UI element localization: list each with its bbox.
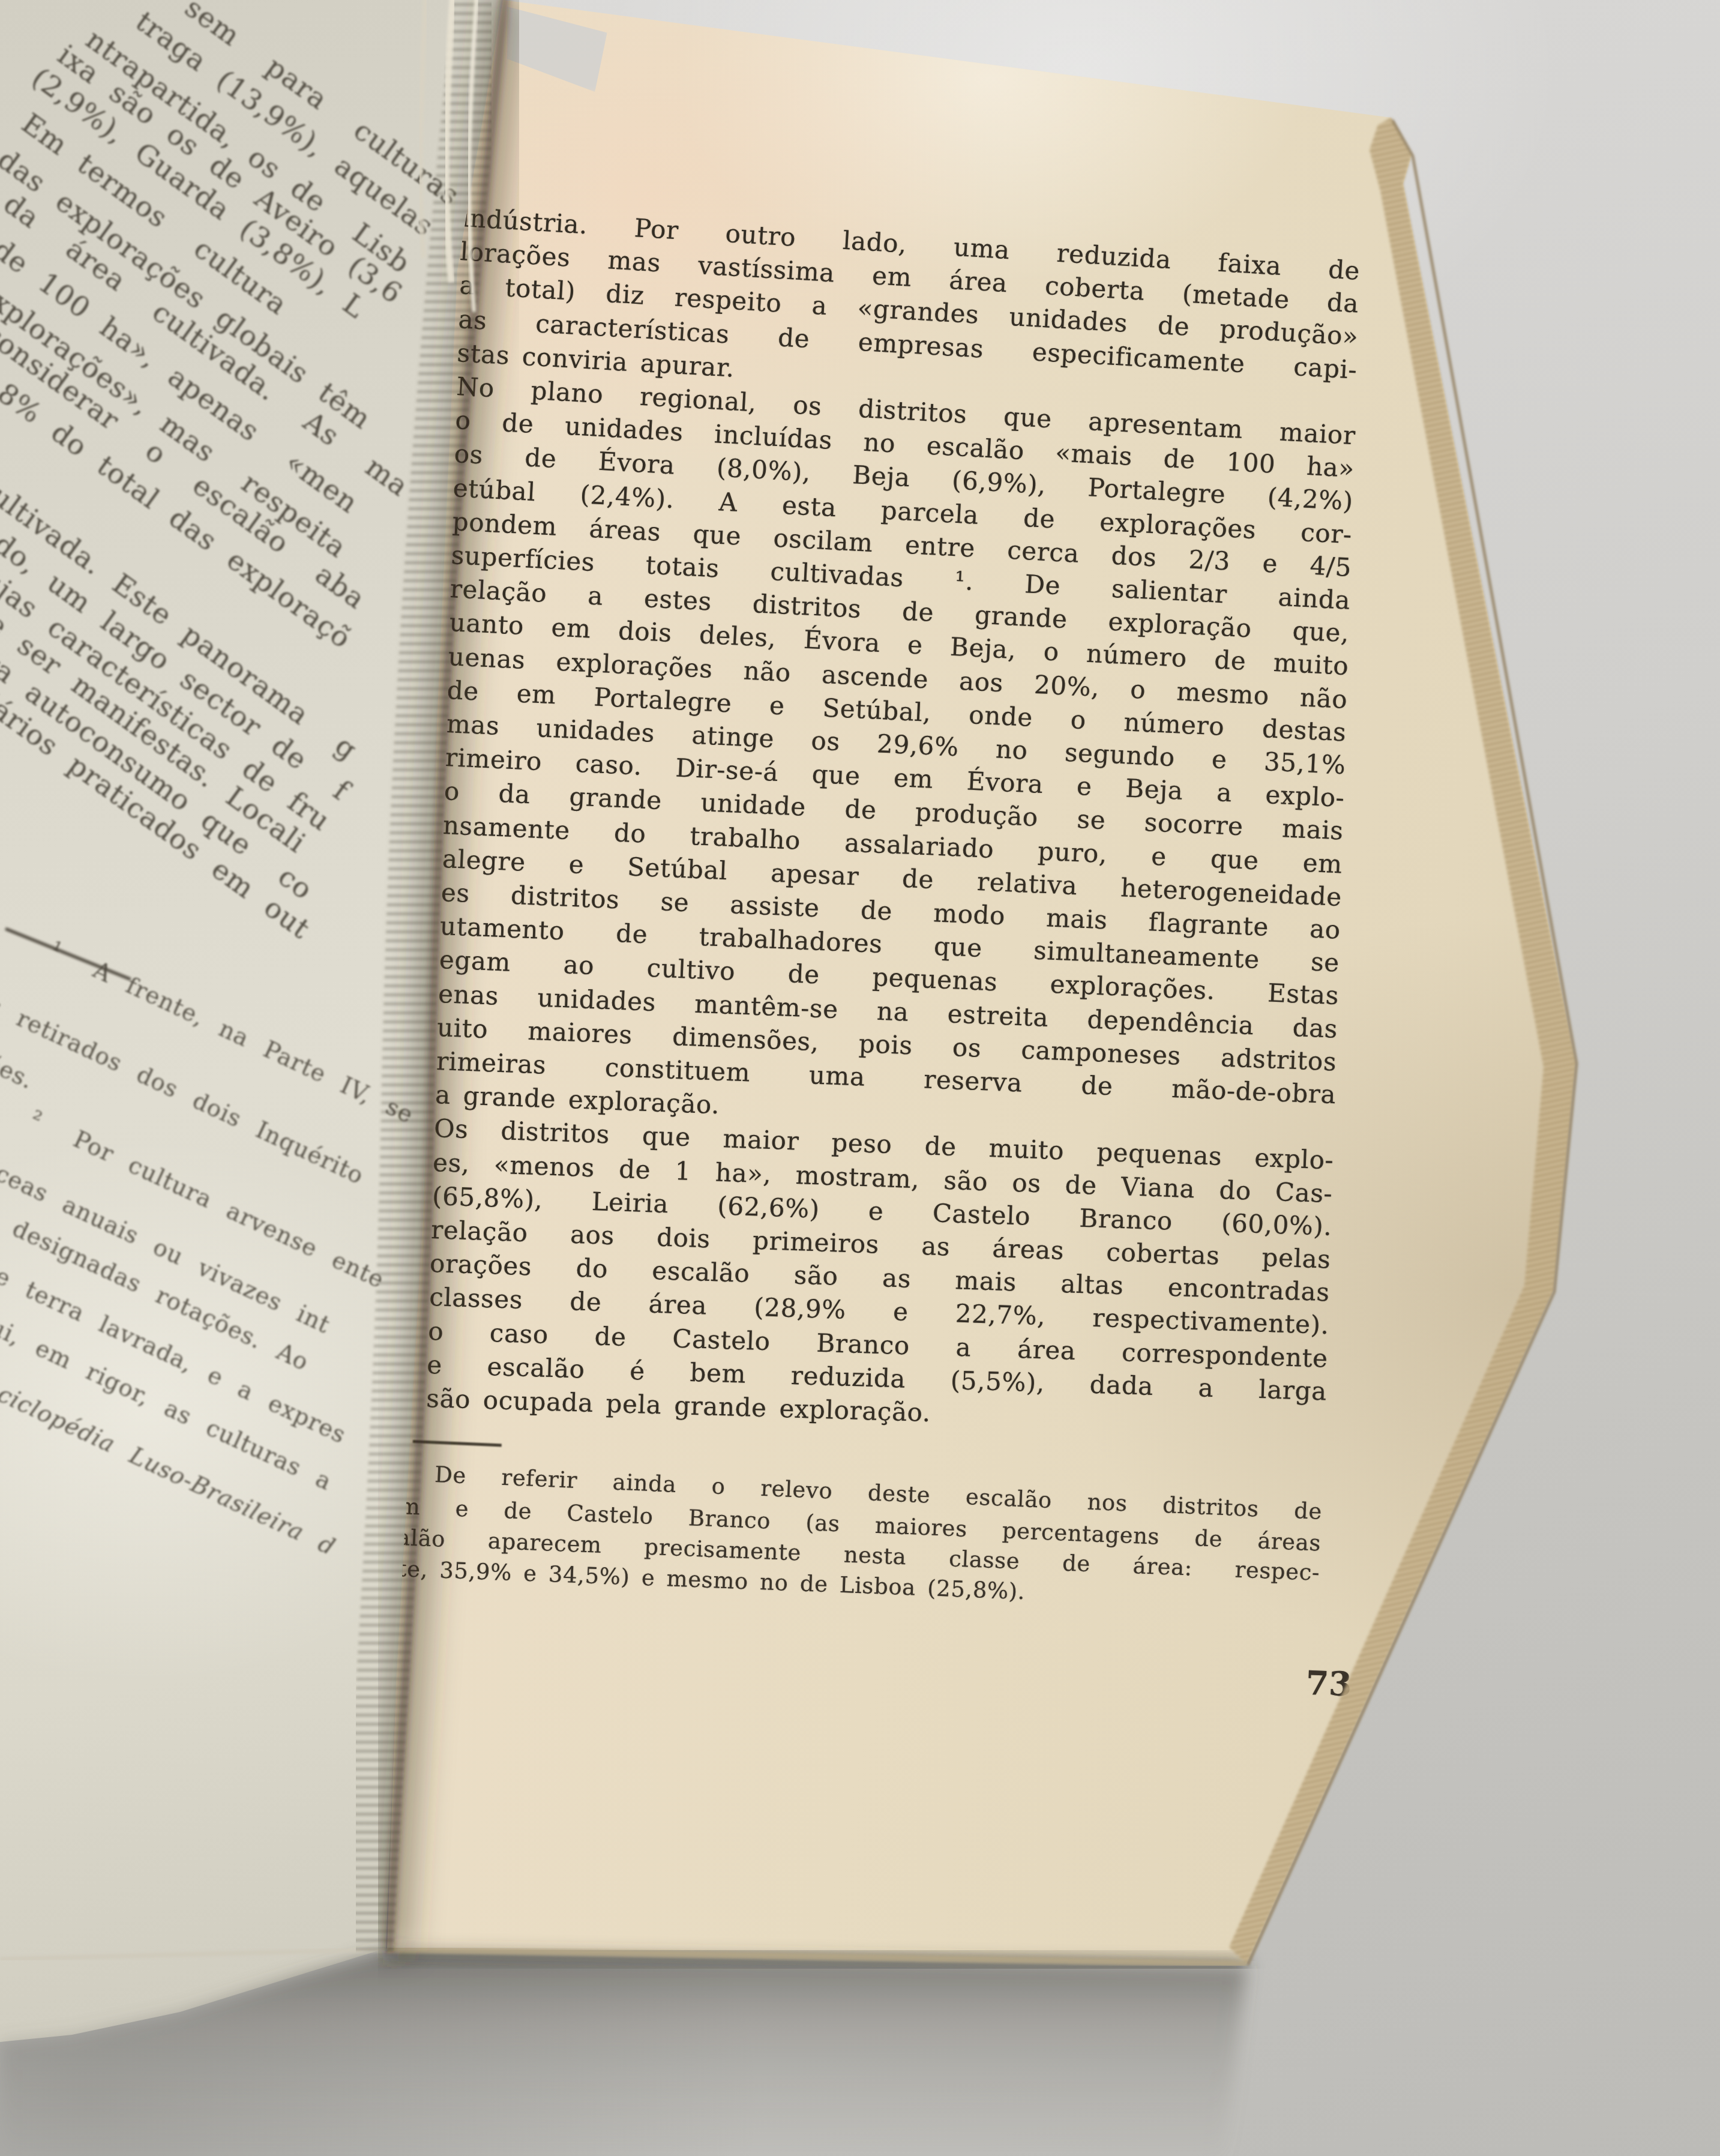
right-footnote-separator bbox=[413, 1440, 502, 1447]
text-line: ões. bbox=[0, 1049, 38, 1095]
page-number: 73 bbox=[1305, 1663, 1353, 1704]
book-photo: sem para culturastraga (13,9%), aquelasn… bbox=[0, 0, 1720, 2156]
text-line: ¹ A frente, na Parte IV, se bbox=[46, 936, 418, 1129]
